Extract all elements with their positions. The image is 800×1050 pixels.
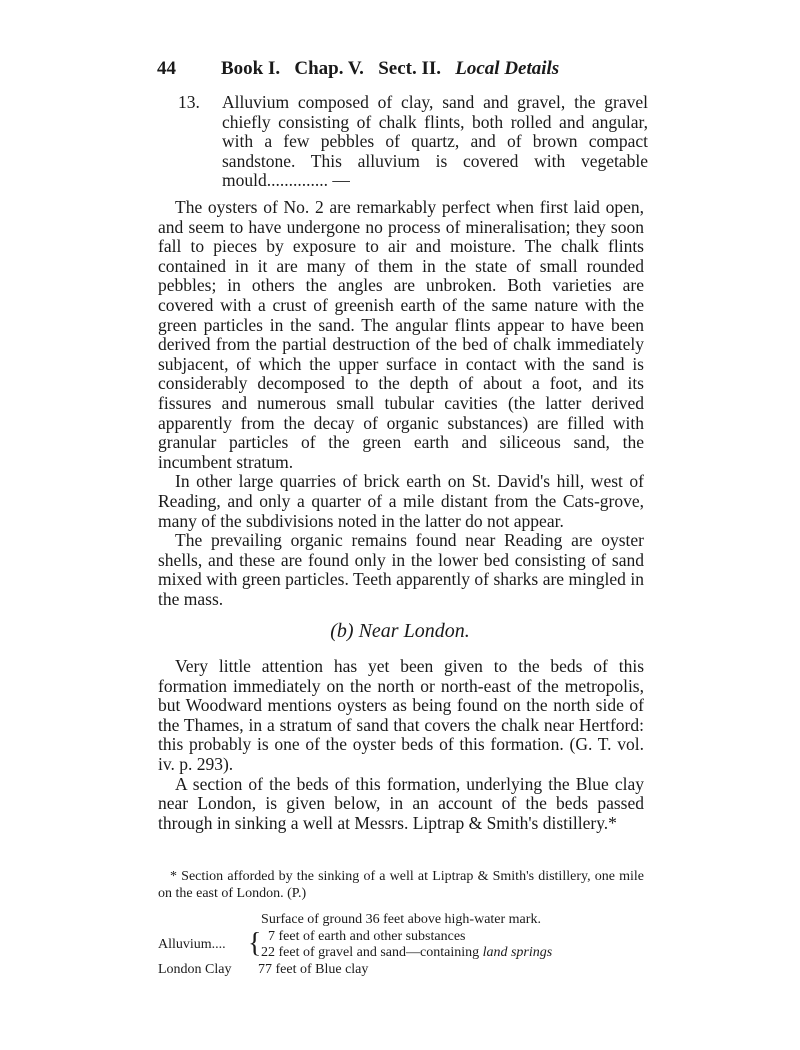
page-number: 44 [157, 58, 176, 80]
subject-label: Local Details [455, 58, 559, 79]
paragraph: In other large quarries of brick earth o… [158, 472, 644, 531]
table-title: Surface of ground 36 feet above high-wat… [158, 912, 644, 928]
section-label: Sect. II. [378, 58, 441, 79]
table-row: Alluvium.... { 7 feet of earth and other… [158, 928, 644, 962]
stratum-item-13: 13. Alluvium composed of clay, sand and … [178, 93, 648, 191]
item-text: Alluvium composed of clay, sand and grav… [222, 93, 648, 191]
paragraph: The oysters of No. 2 are remarkably perf… [158, 198, 644, 472]
row-label: Alluvium.... [158, 937, 226, 953]
book-label: Book I. [221, 58, 280, 79]
row-line: 22 feet of gravel and sand—containing la… [261, 945, 552, 961]
footnote-text: * Section afforded by the sinking of a w… [158, 868, 644, 902]
paragraph: Very little attention has yet been given… [158, 657, 644, 775]
table-row: London Clay 77 feet of Blue clay [158, 962, 644, 978]
row-label: London Clay [158, 962, 232, 978]
body-text-reading: The oysters of No. 2 are remarkably perf… [158, 198, 644, 609]
footnote: * Section afforded by the sinking of a w… [158, 868, 644, 902]
row-line: 77 feet of Blue clay [258, 962, 368, 978]
row-line: 7 feet of earth and other substances [268, 929, 465, 945]
brace: { [248, 928, 261, 960]
section-heading: (b) Near London. [0, 620, 800, 643]
body-text-london: Very little attention has yet been given… [158, 657, 644, 833]
well-section-table: Surface of ground 36 feet above high-wat… [158, 912, 644, 978]
paragraph: The prevailing organic remains found nea… [158, 531, 644, 609]
paragraph: A section of the beds of this formation,… [158, 775, 644, 834]
item-number: 13. [178, 93, 200, 113]
running-title: Book I. Chap. V. Sect. II. Local Details [221, 58, 559, 80]
chapter-label: Chap. V. [294, 58, 364, 79]
